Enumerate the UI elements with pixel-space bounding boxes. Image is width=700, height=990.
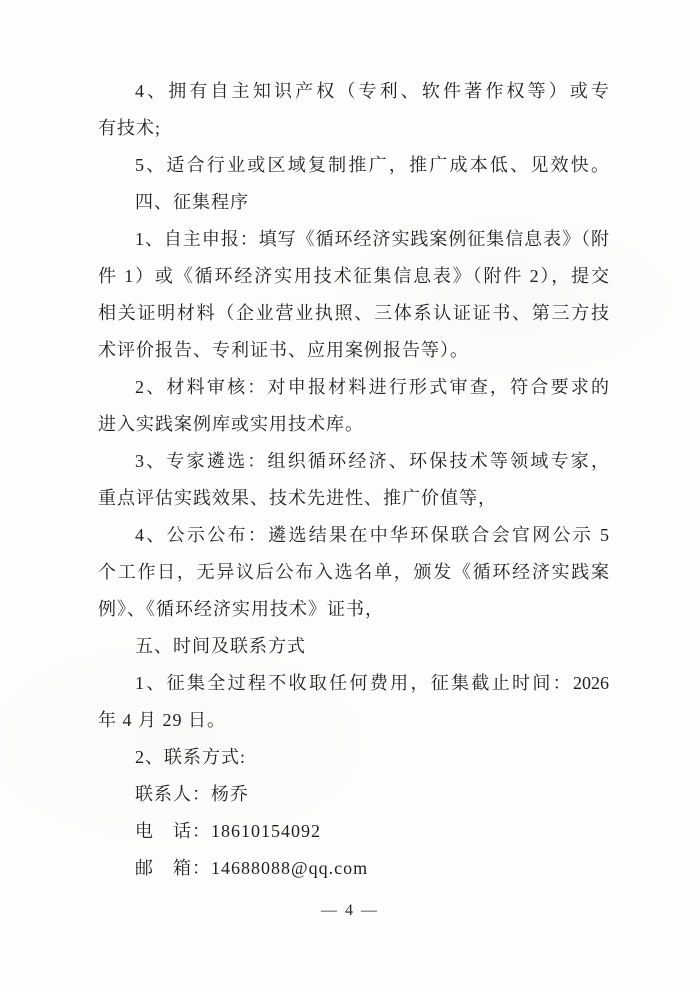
doc-line: 1、自主申报：填写《循环经济实践案例征集信息表》（附 <box>98 221 609 258</box>
doc-line: 3、专家遴选：组织循环经济、环保技术等领域专家， <box>98 443 609 480</box>
doc-line: 例》、《循环经济实用技术》证书， <box>98 591 609 628</box>
doc-line: 有技术; <box>98 110 609 147</box>
contact-person: 联系人：杨乔 <box>98 776 609 813</box>
contact-email: 邮 箱：14688088@qq.com <box>98 850 609 887</box>
contact-phone: 电 话：18610154092 <box>98 813 609 850</box>
doc-line: 相关证明材料（企业营业执照、三体系认证证书、第三方技 <box>98 295 609 332</box>
doc-line: 4、拥有自主知识产权（专利、软件著作权等）或专 <box>98 73 609 110</box>
doc-line: 件 1）或《循环经济实用技术征集信息表》（附件 2），提交 <box>98 258 609 295</box>
section-heading: 四、征集程序 <box>98 184 609 221</box>
document-body: 4、拥有自主知识产权（专利、软件著作权等）或专 有技术; 5、适合行业或区域复制… <box>98 73 609 887</box>
document-page: 4、拥有自主知识产权（专利、软件著作权等）或专 有技术; 5、适合行业或区域复制… <box>0 0 700 990</box>
doc-line: 重点评估实践效果、技术先进性、推广价值等， <box>98 480 609 517</box>
doc-line: 年 4 月 29 日。 <box>98 702 609 739</box>
doc-line: 术评价报告、专利证书、应用案例报告等）。 <box>98 332 609 369</box>
page-number: — 4 — <box>0 902 700 920</box>
doc-line: 4、公示公布：遴选结果在中华环保联合会官网公示 5 <box>98 517 609 554</box>
doc-line: 个工作日，无异议后公布入选名单，颁发《循环经济实践案 <box>98 554 609 591</box>
section-heading: 五、时间及联系方式 <box>98 628 609 665</box>
doc-line: 5、适合行业或区域复制推广，推广成本低、见效快。 <box>98 147 609 184</box>
doc-line: 进入实践案例库或实用技术库。 <box>98 406 609 443</box>
doc-line: 2、联系方式: <box>98 739 609 776</box>
doc-line: 2、材料审核：对申报材料进行形式审查，符合要求的 <box>98 369 609 406</box>
doc-line: 1、征集全过程不收取任何费用，征集截止时间：2026 <box>98 665 609 702</box>
